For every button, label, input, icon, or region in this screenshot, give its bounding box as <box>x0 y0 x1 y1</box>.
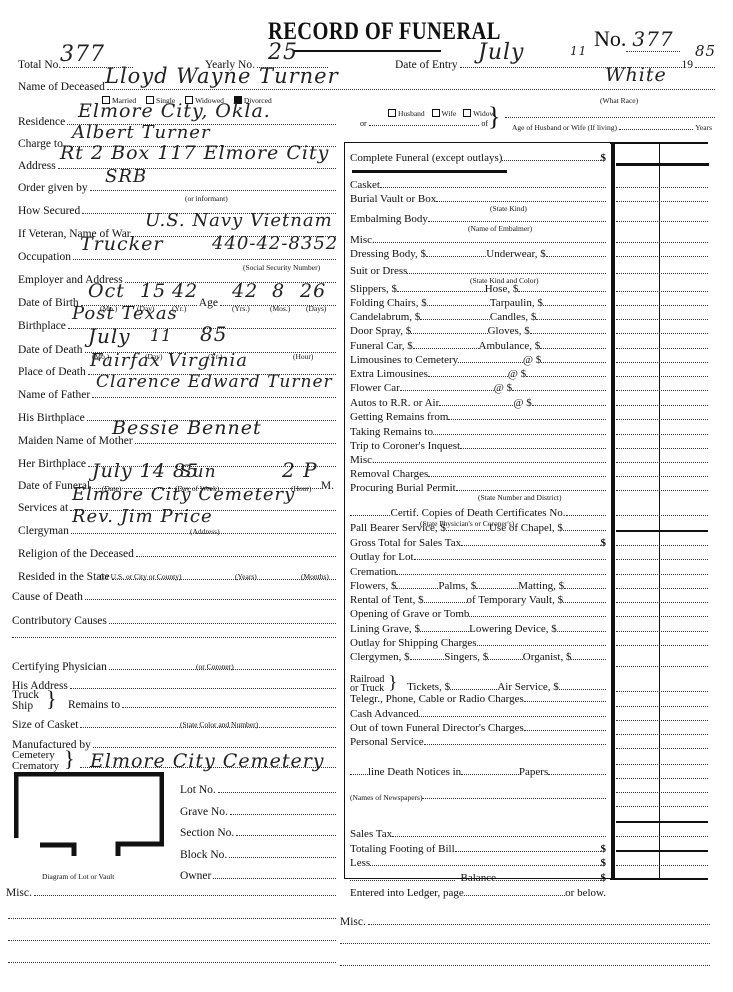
dollar-sign: $ <box>601 152 607 164</box>
occupation-value: Trucker <box>80 233 163 255</box>
owner-label: Owner <box>180 870 211 882</box>
row-line <box>392 836 606 837</box>
spouse-age-line <box>505 117 715 118</box>
dob-label: Date of Birth <box>18 297 79 309</box>
bill-row[interactable]: Telegr., Phone, Cable or Radio Charges <box>350 691 606 705</box>
cause-of-death-label: Cause of Death <box>12 591 83 603</box>
bill-item-label-b: Papers <box>519 766 548 778</box>
subtotal-rule <box>616 850 708 852</box>
his-address-field[interactable]: His Address <box>12 676 336 692</box>
misc-right-line <box>368 924 710 925</box>
brace: } <box>64 748 75 770</box>
bill-item-label: Balance <box>461 872 496 884</box>
misc-left-field[interactable]: Misc. <box>6 883 336 899</box>
row-line <box>396 574 606 575</box>
bill-item-label: Less <box>350 857 370 869</box>
amount-cell-line[interactable] <box>616 448 708 449</box>
name-of-deceased-line <box>107 89 715 90</box>
row-line <box>477 645 606 646</box>
bill-row[interactable]: Railroador Truck}Tickets, $Air Service, … <box>350 671 606 693</box>
amount-cell-line[interactable] <box>616 645 708 646</box>
row-line <box>455 851 601 852</box>
casket-size-field[interactable]: Size of Casket <box>12 715 336 731</box>
manufactured-by-line <box>93 747 336 748</box>
bill-item-label-a: Extra Limousines <box>350 368 428 380</box>
bill-row[interactable]: Taking Remains to <box>350 424 606 438</box>
subtotal-rule <box>616 530 708 532</box>
bill-row[interactable]: Misc. <box>350 232 606 246</box>
bill-item-label: Cremation <box>350 566 396 578</box>
checkbox-icon <box>388 109 396 117</box>
age-years: 42 <box>232 280 258 302</box>
bill-item-label-a: Dressing Body, $ <box>350 248 426 260</box>
bill-row[interactable]: Cash Advanced <box>350 706 606 720</box>
row-line <box>439 405 513 406</box>
address-line <box>58 168 336 169</box>
bill-item-label: Taking Remains to <box>350 426 433 438</box>
clergyman-label: Clergyman <box>18 525 69 537</box>
amount-cell-line[interactable] <box>616 778 708 779</box>
bill-row[interactable]: Dressing Body, $Underwear, $ <box>350 246 606 260</box>
record-number: No.377 <box>594 26 680 52</box>
grave-no-field[interactable]: Grave No. <box>180 802 336 818</box>
owner-line <box>213 878 336 879</box>
bill-row[interactable]: Removal Charges <box>350 466 606 480</box>
bill-item-label: Certif. Copies of Death Certificates No. <box>390 507 565 519</box>
amount-cell-line[interactable] <box>616 792 708 793</box>
bill-row[interactable]: (Names of Newspapers) <box>350 788 606 802</box>
bill-item-label-b: Candles, $ <box>490 311 536 323</box>
amount-column-bottom <box>610 878 708 880</box>
row-line <box>543 305 606 306</box>
birthplace-label: Birthplace <box>18 320 66 332</box>
row-line <box>428 476 606 477</box>
row-line <box>496 880 601 881</box>
bill-row[interactable]: Personal Service <box>350 734 606 748</box>
row-line <box>564 588 606 589</box>
row-line <box>419 716 606 717</box>
row-line <box>461 774 519 775</box>
bill-row[interactable]: Getting Remains from <box>350 409 606 423</box>
place-of-death-label: Place of Death <box>18 366 86 378</box>
bill-row[interactable]: line Death Notices inPapers <box>350 764 606 778</box>
row-line <box>476 588 518 589</box>
bill-row[interactable]: Pall Bearer Service, $Use of Chapel, $ <box>350 520 606 534</box>
bill-item-caption: (State Number and District) <box>478 493 562 502</box>
amount-cell-line[interactable] <box>616 476 708 477</box>
misc-left-line-3[interactable] <box>8 940 336 941</box>
bill-row[interactable]: Out of town Funeral Director's Charges <box>350 720 606 734</box>
order-given-by-value: SRB <box>105 166 147 187</box>
record-no-value: 377 <box>626 27 679 52</box>
block-no-label: Block No. <box>180 849 227 861</box>
row-line <box>540 348 606 349</box>
bill-item-label: Sales Tax <box>350 828 392 840</box>
bill-item-label-a: Entered into Ledger, page <box>350 887 464 899</box>
misc-left-line-4[interactable] <box>8 962 336 963</box>
coroner-caption: (or Coroner) <box>196 662 234 671</box>
amount-cell-line[interactable] <box>616 545 708 546</box>
bill-item-label-b: Tarpaulin, $ <box>490 297 543 309</box>
bill-item-label: Getting Remains from <box>350 411 448 423</box>
row-line <box>424 744 606 745</box>
misc-right-label: Misc. <box>340 916 366 928</box>
services-at-label: Services at <box>18 502 68 514</box>
misc-left-label: Misc. <box>6 887 32 899</box>
bill-row[interactable]: Totaling Footing of Bill$ <box>350 841 606 855</box>
father-line <box>92 397 336 398</box>
row-line <box>413 348 479 349</box>
place-of-death-value: Fairfax Virginia <box>90 350 248 371</box>
bill-item-label: Burial Vault or Box <box>350 193 436 205</box>
bill-item-label-b: Gloves, $ <box>488 325 530 337</box>
casket-caption: (State Color and Number) <box>180 720 258 729</box>
dollar-sign: $ <box>601 872 607 884</box>
his-address-line <box>70 688 336 689</box>
amount-cell-line[interactable] <box>616 376 708 377</box>
bill-item-label: Out of town Funeral Director's Charges <box>350 722 524 734</box>
row-line <box>414 559 606 560</box>
amount-cell-line[interactable] <box>616 748 708 749</box>
spouse-age-fill <box>619 123 693 130</box>
bill-item-label-a: Flower Car <box>350 382 400 394</box>
amount-cell-line[interactable] <box>616 734 708 735</box>
bill-row[interactable]: Outlay for Shipping Charges <box>350 635 606 649</box>
amount-cell-line[interactable] <box>616 273 708 274</box>
order-given-by-label: Order given by <box>18 182 88 194</box>
row-line <box>571 659 606 660</box>
bill-row[interactable]: Flowers, $Palms, $Matting, $ <box>350 578 606 592</box>
misc-left-line-2[interactable] <box>8 918 336 919</box>
name-of-deceased-value: Lloyd Wayne Turner <box>105 64 339 88</box>
amount-cell-line[interactable] <box>616 187 708 188</box>
bill-row[interactable]: Slippers, $Hose, $ <box>350 281 606 295</box>
bill-item-label: Misc. <box>350 234 375 246</box>
father-value: Clarence Edward Turner <box>96 372 333 392</box>
bill-item-label-a: line Death Notices in <box>368 766 461 778</box>
bill-row[interactable]: Certif. Copies of Death Certificates No. <box>350 505 606 519</box>
amount-cell-line[interactable] <box>616 242 708 243</box>
bill-row[interactable]: Less$ <box>350 855 606 869</box>
contributory-line <box>109 623 336 624</box>
row-line <box>428 221 606 222</box>
bill-row[interactable]: Sales Tax <box>350 826 606 840</box>
bill-row[interactable]: Balance$ <box>350 870 606 884</box>
bill-row[interactable]: Extra Limousines@ $ <box>350 366 606 380</box>
bill-item-label-a: Candelabrum, $ <box>350 311 420 323</box>
name-of-deceased-label: Name of Deceased <box>18 81 105 93</box>
amount-cell-line[interactable] <box>616 390 708 391</box>
row-line <box>536 319 606 320</box>
bill-item-label: Removal Charges <box>350 468 428 480</box>
bill-row[interactable]: Funeral Car, $Ambulance, $ <box>350 338 606 352</box>
resided-caption-months: (Months) <box>301 572 329 581</box>
casket-size-label: Size of Casket <box>12 719 78 731</box>
amount-cell-line[interactable] <box>616 348 708 349</box>
row-line <box>350 515 390 516</box>
age-months: 8 <box>272 280 285 302</box>
services-at-value: Elmore City Cemetery <box>72 484 295 505</box>
remains-to-field[interactable]: Remains to <box>68 695 336 711</box>
contributory-field[interactable]: Contributory Causes <box>12 611 336 627</box>
physician-label: Certifying Physician <box>12 661 107 673</box>
row-line <box>502 160 600 161</box>
row-line <box>464 895 565 896</box>
occupation-line <box>73 259 336 260</box>
amount-cell-line[interactable] <box>616 574 708 575</box>
cause-of-death-field[interactable]: Cause of Death <box>12 587 336 603</box>
misc-right-field[interactable]: Misc. <box>340 912 710 928</box>
row-line <box>400 390 494 391</box>
section-no-field[interactable]: Section No. <box>180 823 336 839</box>
amount-header-rule <box>616 163 709 166</box>
form-title: RECORD OF FUNERAL <box>268 18 501 46</box>
dod-caption-hour: (Hour) <box>293 352 313 361</box>
spouse-group: Husband Wife Widow <box>388 109 495 118</box>
wife-label: Wife <box>442 109 457 118</box>
bill-item-label-a: Slippers, $ <box>350 283 397 295</box>
year-prefix: 19 <box>682 59 694 71</box>
dod-year: 85 <box>200 322 227 346</box>
total-no-label: Total No. <box>18 59 61 71</box>
row-line <box>512 390 606 391</box>
amount-cell-line[interactable] <box>616 201 708 202</box>
crematory-label: Crematory <box>12 760 59 772</box>
bill-row[interactable]: Misc. <box>350 452 606 466</box>
residence-label: Residence <box>18 116 65 128</box>
amount-cell-line[interactable] <box>616 256 708 257</box>
bill-item-label: Totaling Footing of Bill <box>350 843 455 855</box>
birthplace-value: Post Texas <box>72 303 178 324</box>
row-line <box>428 376 508 377</box>
bill-item-label: Cash Advanced <box>350 708 419 720</box>
row-line <box>446 530 489 531</box>
bill-row[interactable]: Opening of Grave or Tomb <box>350 606 606 620</box>
amount-cell-line[interactable] <box>616 462 708 463</box>
bill-item-label: Opening of Grave or Tomb <box>350 608 469 620</box>
row-line <box>524 701 606 702</box>
amount-cell-line[interactable] <box>616 602 708 603</box>
amount-cell-line[interactable] <box>616 806 708 807</box>
row-line <box>532 405 606 406</box>
amount-column-divider <box>659 142 660 879</box>
bill-item-label-b: @ $ <box>513 397 531 409</box>
dod-label: Date of Death <box>18 344 83 356</box>
cause-of-death-line <box>85 599 336 600</box>
row-line <box>530 333 606 334</box>
age-days: 26 <box>300 280 326 302</box>
bill-row[interactable]: Flower Car@ $ <box>350 380 606 394</box>
bill-row[interactable]: Outlay for Lot <box>350 549 606 563</box>
mother-line <box>135 443 336 444</box>
block-no-field[interactable]: Block No. <box>180 845 336 861</box>
record-no-label: No. <box>594 26 626 51</box>
row-line <box>396 588 438 589</box>
misc-left-line <box>34 895 336 896</box>
row-line <box>350 880 455 881</box>
physician-field[interactable]: Certifying Physician <box>12 657 336 673</box>
row-line <box>410 659 445 660</box>
amount-cell-line[interactable] <box>616 720 708 721</box>
bill-row[interactable]: Candelabrum, $Candles, $ <box>350 309 606 323</box>
row-line <box>563 530 606 531</box>
order-given-by-field[interactable]: Order given by <box>18 178 336 194</box>
row-line <box>350 774 368 775</box>
bill-row[interactable]: Folding Chairs, $Tarpaulin, $ <box>350 295 606 309</box>
lot-no-label: Lot No. <box>180 784 216 796</box>
amount-cell-line[interactable] <box>616 588 708 589</box>
lot-no-line <box>218 792 336 793</box>
amount-cell-line[interactable] <box>616 515 708 516</box>
amount-cell-line[interactable] <box>616 666 708 667</box>
bill-row[interactable]: Embalming Body <box>350 211 606 225</box>
bill-row[interactable]: Trip to Coroner's Inquest <box>350 438 606 452</box>
year-line <box>695 67 715 68</box>
owner-field[interactable]: Owner <box>180 866 336 882</box>
resided-caption-years: (Years) <box>235 572 257 581</box>
amount-cell-line[interactable] <box>616 764 708 765</box>
total-no-value: 377 <box>60 42 105 67</box>
date-of-entry-field[interactable]: Date of Entry 19 <box>395 55 715 71</box>
row-line <box>436 201 606 202</box>
bill-row[interactable]: Procuring Burial Permit <box>350 480 606 494</box>
dod-month: July <box>88 324 131 348</box>
amount-cell-line[interactable] <box>616 559 708 560</box>
bill-item-label-a: Pall Bearer Service, $ <box>350 522 446 534</box>
bill-item-label: Personal Service <box>350 736 424 748</box>
bill-item-label-a: Funeral Car, $ <box>350 340 413 352</box>
bill-row[interactable]: Autos to R.R. or Air@ $ <box>350 395 606 409</box>
bill-row[interactable]: Door Spray, $Gloves, $ <box>350 323 606 337</box>
bill-row[interactable]: Cremation <box>350 564 606 578</box>
occupation-label: Occupation <box>18 251 71 263</box>
contributory-line-2[interactable] <box>12 637 336 638</box>
misc-right-line-2[interactable] <box>340 943 710 944</box>
date-of-entry-day: 11 <box>570 44 587 58</box>
bill-item-label-b: Lowering Device, $ <box>469 623 557 635</box>
bill-item-label-a: Folding Chairs, $ <box>350 297 427 309</box>
amount-column-dollars <box>613 142 661 879</box>
manufactured-by-field[interactable]: Manufactured by <box>12 735 336 751</box>
bill-item-label-b: Use of Chapel, $ <box>489 522 563 534</box>
year-suffix: 85 <box>695 42 716 60</box>
amount-cell-line[interactable] <box>616 434 708 435</box>
husband-label: Husband <box>398 109 425 118</box>
amount-cell-line[interactable] <box>616 865 708 866</box>
amount-cell-line[interactable] <box>616 836 708 837</box>
amount-cell-line[interactable] <box>616 419 708 420</box>
lot-no-field[interactable]: Lot No. <box>180 780 336 796</box>
race-caption: (What Race) <box>600 96 638 105</box>
amount-cell-line[interactable] <box>616 405 708 406</box>
veteran-value: U.S. Navy Vietnam <box>145 210 333 231</box>
dob-month: Oct <box>88 280 125 302</box>
cemetery-crematory-label: CemeteryCrematory <box>12 750 59 772</box>
amount-cell-line[interactable] <box>616 490 708 491</box>
bill-item-label-b: of Temporary Vault, $ <box>467 594 564 606</box>
clergyman-value: Rev. Jim Price <box>72 506 213 527</box>
spouse-age-field[interactable]: Age of Husband or Wife (If living) Years <box>512 123 712 132</box>
resided-label: Resided in the State <box>18 571 110 583</box>
dod-day: 11 <box>150 326 172 345</box>
bill-row[interactable]: Limousines to Cemetery@ $ <box>350 352 606 366</box>
section-no-line <box>236 835 336 836</box>
dob-year: 42 <box>172 280 198 302</box>
spouse-of-field[interactable]: or of <box>360 119 488 128</box>
bill-item-label: Gross Total for Sales Tax <box>350 537 461 549</box>
his-birthplace-label: His Birthplace <box>18 412 85 424</box>
amount-column-top <box>610 142 708 144</box>
religion-line <box>136 556 336 557</box>
bill-item-label: Misc. <box>350 454 375 466</box>
religion-field[interactable]: Religion of the Deceased <box>18 544 336 560</box>
funeral-hour-suffix: M. <box>321 480 334 492</box>
amount-cell-line[interactable] <box>616 221 708 222</box>
bill-row-complete-funeral[interactable]: Complete Funeral (except outlays)$ <box>350 150 606 164</box>
amount-cell-line[interactable] <box>616 616 708 617</box>
amount-cell-line[interactable] <box>616 706 708 707</box>
amount-cell-line[interactable] <box>616 631 708 632</box>
bill-row[interactable]: Clergymen, $Singers, $Organist, $ <box>350 649 606 663</box>
bill-item-label-b: Hose, $ <box>485 283 519 295</box>
vault-diagram-icon <box>14 772 164 856</box>
complete-funeral-rule <box>352 170 507 173</box>
her-birthplace-label: Her Birthplace <box>18 458 86 470</box>
bill-row[interactable]: Gross Total for Sales Tax$ <box>350 535 606 549</box>
date-of-entry-month: July <box>478 40 524 65</box>
bill-row[interactable]: Lining Grave, $Lowering Device, $ <box>350 621 606 635</box>
row-line <box>524 730 606 731</box>
row-line <box>397 291 485 292</box>
bill-row[interactable]: Burial Vault or Box <box>350 191 606 205</box>
amount-cell-line[interactable] <box>616 362 708 363</box>
amount-cell-line[interactable] <box>616 333 708 334</box>
checkbox-wife[interactable]: Wife <box>432 109 457 118</box>
amount-cell-line[interactable] <box>616 319 708 320</box>
diagram-caption: Diagram of Lot or Vault <box>42 872 114 881</box>
row-line <box>433 434 606 435</box>
grave-no-label: Grave No. <box>180 806 228 818</box>
bill-item-label-a: Lining Grave, $ <box>350 623 420 635</box>
bill-row[interactable]: Casket <box>350 177 606 191</box>
row-line <box>557 631 606 632</box>
race-value: White <box>605 64 667 86</box>
row-line <box>370 865 600 866</box>
bill-item-label-a: Rental of Tent, $ <box>350 594 424 606</box>
bill-item-label-b: @ $ <box>523 354 541 366</box>
row-line <box>375 462 606 463</box>
dollar-sign: $ <box>601 843 607 855</box>
spouse-of-line <box>369 125 480 126</box>
amount-cell-line[interactable] <box>616 291 708 292</box>
or-label: or <box>360 119 367 128</box>
checkbox-icon <box>432 109 440 117</box>
bill-row[interactable]: Entered into Ledger, pageor below. <box>350 885 606 899</box>
row-line <box>488 659 523 660</box>
bill-item-label-a: Limousines to Cemetery <box>350 354 458 366</box>
bill-item-label-b: Singers, $ <box>444 651 488 663</box>
checkbox-husband[interactable]: Husband <box>388 109 425 118</box>
order-given-by-line <box>90 190 336 191</box>
address-value: Rt 2 Box 117 Elmore City <box>60 142 329 164</box>
bill-row[interactable]: Suit or Dress <box>350 263 606 277</box>
row-line <box>456 490 606 491</box>
misc-right-line-3[interactable] <box>340 965 710 966</box>
amount-cell-line[interactable] <box>616 691 708 692</box>
amount-cell-line[interactable] <box>616 305 708 306</box>
checkbox-icon <box>463 109 471 117</box>
bill-row[interactable]: Rental of Tent, $of Temporary Vault, $ <box>350 592 606 606</box>
